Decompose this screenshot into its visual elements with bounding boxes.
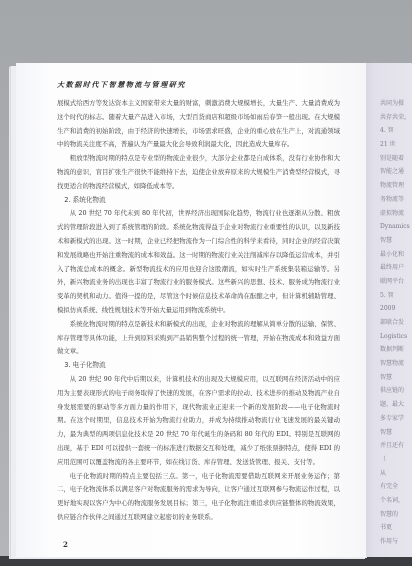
right-page-line: 个名词， [380,494,412,508]
right-page-line: 最小化和 [380,248,412,262]
right-page-line: 数据判断 [380,343,412,357]
right-page-line: 5. 智 [380,289,412,303]
right-page-line: 虚拟物流 [380,207,412,221]
paragraph: 从 20 世纪 70 年代末到 80 年代初，世界经济出现国际化趋势，物流行业也… [57,207,340,317]
paragraph: 系统化物流时期的特点是新技术和新模式的出现，企业对物流的理解从简单分散的运输、保… [57,318,340,359]
right-page-line: 智慧 [380,371,412,385]
right-page-line: （ [380,453,412,467]
right-page-line: 智慧的 [380,508,412,522]
right-page-line: 书更 [380,521,412,535]
right-page-line: 智能之通 [380,165,412,179]
right-page-line: 21 世 [380,138,412,152]
right-page-text-fragments: 共同为摄共存共荣。4. 智21 世别是随着智能之通物流管理务物流等虚拟物流Dyn… [380,97,412,549]
section-heading: 3. 电子化物流 [57,359,340,373]
right-page-line: 别是随着 [380,152,412,166]
right-page-line: 智慧 [380,234,412,248]
right-page-line: 部联合发 [380,316,412,330]
right-page-line: 题、最大 [380,398,412,412]
paragraph: 从 20 世纪 90 年代中后期以来，计算机技术的出现及大规模应用，以互联网在经… [57,373,340,470]
right-page-line: 最终用户 [380,261,412,275]
right-page-line: 务物流等 [380,193,412,207]
paragraph: 展模式给西方等发达资本主义国家带来大量的财富，刺激消费大规模增长，大量生产、大量… [57,97,340,152]
page-number: 2 [63,540,68,549]
right-page-line: 共存共荣。 [380,111,412,125]
right-page-line: 有完全 [380,480,412,494]
right-page-line: 联网平台 [380,275,412,289]
right-page-line: 并且还有 [380,439,412,453]
right-page-line: Logistics [380,330,412,344]
section-heading: 2. 系统化物流 [57,194,340,208]
right-page-line: 智慧物流 [380,357,412,371]
right-page-line: 智慧 [380,426,412,440]
right-page-line: 4. 智 [380,124,412,138]
right-page-line: 物流管理 [380,179,412,193]
right-page-line: 供应链的 [380,384,412,398]
right-page-line: 作用与 [380,535,412,549]
right-page-line: 2009 [380,302,412,316]
running-header: 大数据时代下智慧物流与管理研究 [57,80,186,90]
right-page-line: 多专家学 [380,412,412,426]
page-body-text: 展模式给西方等发达资本主义国家带来大量的财富，刺激消费大规模增长，大量生产、大量… [57,97,340,525]
paragraph: 粗放型物流时期的特点是专业型的物流企业很少，大部分企业都是自成体系，没有行业协作… [57,152,340,193]
right-page-line: Dynamics [380,220,412,234]
right-page-line: 从 [380,467,412,481]
right-page-line: 共同为摄 [380,97,412,111]
paragraph: 电子化物流时期的特点主要包括三点。第一，电子化物流需要借助互联网来开展业务运作；… [57,470,340,525]
